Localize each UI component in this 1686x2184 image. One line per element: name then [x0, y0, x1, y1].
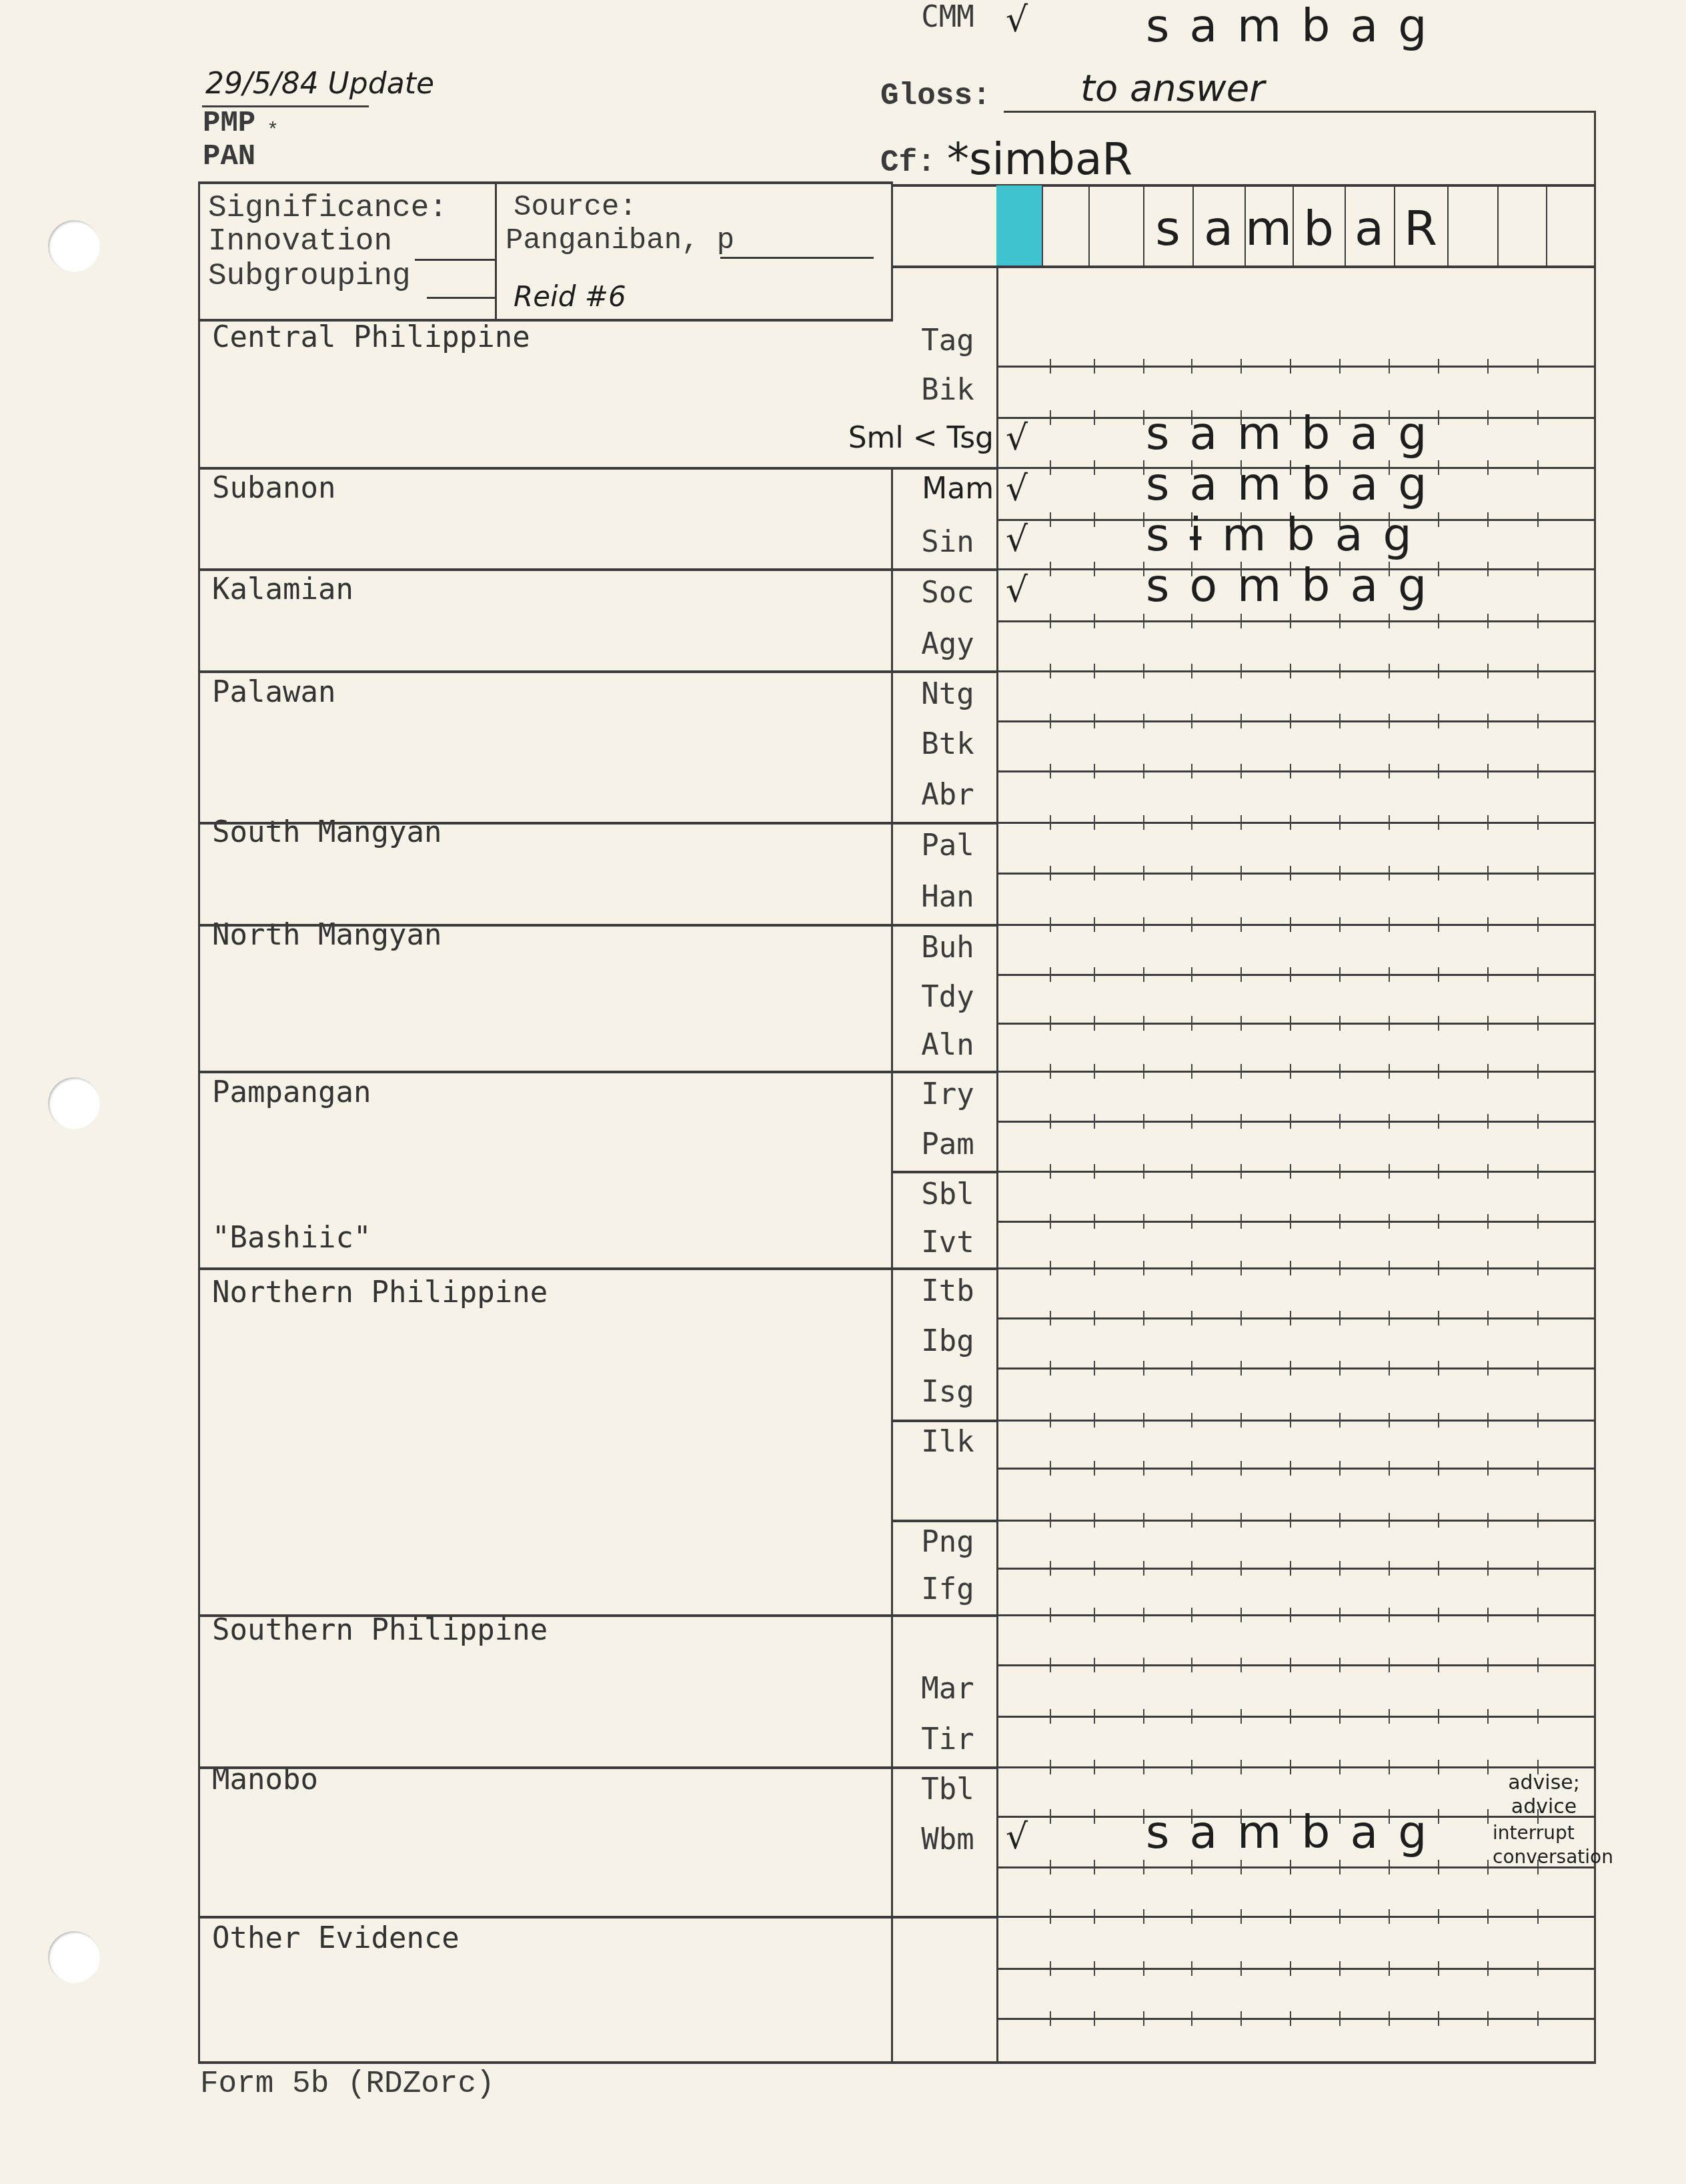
entry-tick [1290, 1961, 1291, 1976]
sep-other [198, 1916, 998, 1919]
entry-tick [1537, 1461, 1539, 1476]
language-code: Sin [891, 525, 1004, 559]
entry-tick [1537, 1064, 1539, 1079]
language-code: Wbm [891, 1822, 1004, 1856]
entry-tick [1143, 1164, 1144, 1179]
recon-cell-divider [1594, 185, 1595, 265]
entry-tick [1094, 1064, 1095, 1079]
entry-line [996, 1171, 1594, 1173]
entry-tick [1487, 967, 1489, 982]
entry-tick [1191, 1561, 1192, 1576]
recon-cell[interactable]: R [1394, 200, 1447, 256]
entry-tick [1389, 917, 1390, 932]
entry-tick [1537, 1214, 1539, 1229]
entry-tick [1094, 1809, 1095, 1824]
entry-tick [1143, 1709, 1144, 1724]
entry-tick [1050, 1809, 1051, 1824]
entry-tick [1290, 1016, 1291, 1031]
entry-tick [1537, 917, 1539, 932]
entry-tick [1487, 1461, 1489, 1476]
entry-tick [1143, 512, 1144, 527]
entry-tick [1438, 1311, 1439, 1325]
entry-line [996, 670, 1594, 672]
innovation-label: Innovation [208, 224, 392, 259]
entry-tick [1339, 917, 1341, 932]
entry-tick [1438, 1608, 1439, 1622]
check-mark-icon[interactable]: √ [1006, 418, 1028, 458]
entry-tick [1487, 1261, 1489, 1275]
cf-value[interactable]: *simbaR [947, 133, 1132, 185]
entry-tick [1191, 1016, 1192, 1031]
entry-tick [1094, 1361, 1095, 1376]
entry-tick [1094, 1760, 1095, 1774]
frame-bottom [198, 2061, 1596, 2064]
level-pan: PAN [203, 140, 255, 173]
entry-tick [1537, 1961, 1539, 1976]
entry-tick [1240, 1311, 1242, 1325]
entry-line [996, 1121, 1594, 1123]
cognate-form[interactable]: sambag [1146, 408, 1447, 460]
check-mark-icon[interactable]: √ [1006, 0, 1028, 40]
entry-tick [1438, 1016, 1439, 1031]
sep-subanon [198, 467, 998, 470]
sig-box-divider [495, 181, 497, 322]
entry-tick [1339, 714, 1341, 728]
entry-tick [1240, 917, 1242, 932]
recon-cell[interactable]: m [1244, 200, 1293, 256]
entry-tick [1191, 1114, 1192, 1129]
entry-tick [1290, 1261, 1291, 1275]
entry-tick [1487, 815, 1489, 830]
gloss-underline [1004, 111, 1594, 113]
cognate-form[interactable]: sambag [1146, 458, 1447, 511]
entry-tick [1487, 1658, 1489, 1672]
entry-tick [1240, 1261, 1242, 1275]
entry-tick [1143, 1561, 1144, 1576]
sep-manobo [198, 1766, 998, 1769]
sep-northern [198, 1267, 998, 1270]
entry-tick [1537, 1608, 1539, 1622]
level-pmp: PMP [203, 107, 255, 140]
entry-tick [1094, 664, 1095, 678]
entry-tick [1487, 1909, 1489, 1924]
entry-tick [1143, 460, 1144, 475]
entry-tick [1050, 1860, 1051, 1874]
entry-tick [1290, 614, 1291, 628]
entry-tick [1050, 1608, 1051, 1622]
entry-tick [1487, 2011, 1489, 2026]
entry-tick [1438, 1760, 1439, 1774]
entry-tick [1094, 562, 1095, 576]
entry-tick [1094, 410, 1095, 425]
entry-tick [1339, 1016, 1341, 1031]
entry-tick [1240, 1461, 1242, 1476]
check-mark-icon[interactable]: √ [1006, 1817, 1028, 1857]
entry-tick [1290, 764, 1291, 778]
language-code: Ntg [891, 677, 1004, 711]
cognate-form[interactable]: sɨmbag [1146, 509, 1432, 562]
entry-tick [1143, 1513, 1144, 1528]
recon-cell-divider [1042, 185, 1043, 265]
entry-tick [1094, 512, 1095, 527]
language-code: Ifg [891, 1572, 1004, 1606]
entry-tick [1389, 1608, 1390, 1622]
recon-cell[interactable]: b [1293, 200, 1345, 256]
entry-tick [1487, 1016, 1489, 1031]
entry-tick [1050, 1760, 1051, 1774]
entry-tick [1389, 815, 1390, 830]
entry-tick [1094, 866, 1095, 881]
entry-tick [1143, 967, 1144, 982]
punch-hole-bottom [48, 1931, 100, 1983]
entry-tick [1339, 1608, 1341, 1622]
entry-tick [1339, 1064, 1341, 1079]
entry-tick [1339, 1413, 1341, 1428]
entry-tick [1389, 1164, 1390, 1179]
group-other-evidence: Other Evidence [212, 1921, 460, 1955]
entry-tick [1143, 1860, 1144, 1874]
entry-tick [1290, 1909, 1291, 1924]
subgrouping-blank[interactable] [427, 297, 495, 299]
entry-tick [1389, 1064, 1390, 1079]
entry-tick [1537, 815, 1539, 830]
entry-tick [1143, 1760, 1144, 1774]
entry-tick [1487, 512, 1489, 527]
entry-tick [1094, 1261, 1095, 1275]
entry-tick [1191, 1658, 1192, 1672]
entry-tick [1094, 1164, 1095, 1179]
code-col-top-left [891, 184, 893, 267]
entry-line [996, 1317, 1594, 1319]
level-asterisk: * [267, 120, 279, 143]
entry-tick [1240, 1860, 1242, 1874]
entry-tick [1050, 460, 1051, 475]
entry-tick [1290, 967, 1291, 982]
entry-tick [1339, 1513, 1341, 1528]
entry-tick [1537, 1114, 1539, 1129]
entry-tick [1537, 866, 1539, 881]
entry-tick [1290, 2011, 1291, 2026]
entry-line [996, 1568, 1594, 1570]
entry-tick [1240, 1909, 1242, 1924]
entry-tick [1438, 1909, 1439, 1924]
entry-tick [1487, 1561, 1489, 1576]
entry-tick [1094, 967, 1095, 982]
entry-tick [1094, 1016, 1095, 1031]
entry-tick [1094, 1860, 1095, 1874]
language-code: Tbl [891, 1772, 1004, 1806]
entry-tick [1143, 1961, 1144, 1976]
sep-png [891, 1520, 998, 1522]
entry-tick [1240, 1016, 1242, 1031]
entry-tick [1487, 866, 1489, 881]
cognate-form[interactable]: sambag [1146, 0, 1447, 53]
gloss-label: Gloss: [880, 79, 991, 113]
entry-tick [1537, 664, 1539, 678]
entry-tick [1487, 1860, 1489, 1874]
entry-tick [1438, 1709, 1439, 1724]
group-northern-philippine: Northern Philippine [212, 1275, 548, 1309]
entry-tick [1191, 1513, 1192, 1528]
entry-tick [1487, 1064, 1489, 1079]
entry-tick [1438, 512, 1439, 527]
entry-tick [1438, 1361, 1439, 1376]
entry-tick [1339, 1658, 1341, 1672]
entry-tick [1487, 1214, 1489, 1229]
entry-tick [1050, 866, 1051, 881]
entry-tick [1438, 359, 1439, 374]
entry-line [996, 1520, 1594, 1522]
entry-tick [1191, 1261, 1192, 1275]
entry-tick [1290, 1164, 1291, 1179]
entry-tick [1438, 1658, 1439, 1672]
entry-tick [1143, 815, 1144, 830]
entry-tick [1094, 1513, 1095, 1528]
entry-tick [1191, 1214, 1192, 1229]
entry-tick [1339, 1214, 1341, 1229]
entry-tick [1389, 1760, 1390, 1774]
entry-tick [1050, 614, 1051, 628]
entry-tick [1537, 1658, 1539, 1672]
entry-tick [1290, 1114, 1291, 1129]
gloss-note-wbm: advise; advice [1501, 1771, 1587, 1819]
sep-ilk [891, 1420, 998, 1422]
entry-tick [1050, 1114, 1051, 1129]
entry-tick [1339, 614, 1341, 628]
entry-tick [1438, 764, 1439, 778]
entry-tick [1050, 1064, 1051, 1079]
entry-tick [1487, 1361, 1489, 1376]
entry-tick [1094, 614, 1095, 628]
language-code: Bik [891, 373, 1004, 407]
entry-tick [1290, 1608, 1291, 1622]
entry-tick [1537, 1016, 1539, 1031]
frame-left [198, 181, 200, 2063]
entry-tick [1240, 1760, 1242, 1774]
entry-tick [1094, 1561, 1095, 1576]
sig-box-top [198, 181, 893, 184]
entry-line [996, 1221, 1594, 1223]
date-note: 29/5/84 Update [205, 67, 434, 101]
entry-line [996, 770, 1594, 772]
language-code: Han [891, 880, 1004, 914]
entry-tick [1094, 1413, 1095, 1428]
entry-tick [1438, 1860, 1439, 1874]
entry-tick [1389, 1561, 1390, 1576]
entry-tick [1339, 1361, 1341, 1376]
entry-tick [1487, 1311, 1489, 1325]
entry-tick [1537, 512, 1539, 527]
language-code: Mar [891, 1672, 1004, 1706]
entry-tick [1143, 664, 1144, 678]
entry-tick [1050, 1164, 1051, 1179]
entry-tick [1537, 764, 1539, 778]
entry-tick [1487, 1760, 1489, 1774]
entry-tick [1438, 967, 1439, 982]
entry-tick [1240, 1608, 1242, 1622]
entry-tick [1143, 562, 1144, 576]
language-code: Png [891, 1525, 1004, 1559]
language-code: Tir [891, 1722, 1004, 1756]
form-label: Form 5b (RDZorc) [200, 2067, 495, 2101]
entry-tick [1537, 359, 1539, 374]
entry-tick [1143, 410, 1144, 425]
entry-tick [1290, 664, 1291, 678]
entry-tick [1389, 714, 1390, 728]
language-code: Btk [891, 727, 1004, 761]
entry-tick [1143, 614, 1144, 628]
source-label: Source: [514, 191, 637, 224]
entry-tick [1050, 967, 1051, 982]
entry-tick [1240, 1064, 1242, 1079]
entry-tick [1537, 1709, 1539, 1724]
entry-line [996, 1968, 1594, 1970]
entry-line [996, 1916, 1594, 1918]
source-page-blank[interactable] [720, 257, 874, 259]
entry-tick [1050, 512, 1051, 527]
entry-tick [1487, 1961, 1489, 1976]
entry-tick [1438, 1064, 1439, 1079]
entry-tick [1537, 1413, 1539, 1428]
entry-tick [1389, 1513, 1390, 1528]
entry-tick [1537, 614, 1539, 628]
entry-tick [1487, 1164, 1489, 1179]
entry-tick [1050, 562, 1051, 576]
entry-tick [1389, 1961, 1390, 1976]
entry-tick [1191, 764, 1192, 778]
entry-tick [1290, 815, 1291, 830]
entry-tick [1537, 967, 1539, 982]
entry-tick [1487, 614, 1489, 628]
entry-tick [1240, 1709, 1242, 1724]
entry-tick [1240, 967, 1242, 982]
entry-line [996, 1071, 1594, 1073]
entry-line [996, 822, 1594, 824]
entry-tick [1191, 714, 1192, 728]
entry-tick [1143, 1261, 1144, 1275]
entry-tick [1240, 815, 1242, 830]
entry-tick [1438, 866, 1439, 881]
language-code: Sml < Tsg [848, 421, 994, 455]
punch-hole-top [48, 220, 100, 272]
entry-tick [1191, 866, 1192, 881]
entry-tick [1143, 359, 1144, 374]
entry-tick [1050, 1016, 1051, 1031]
source-note: Reid #6 [514, 280, 626, 313]
gloss-value[interactable]: to answer [1080, 67, 1264, 110]
entry-tick [1389, 1214, 1390, 1229]
entry-tick [1438, 815, 1439, 830]
recon-cell[interactable]: a [1345, 200, 1394, 256]
sep-southern [198, 1614, 998, 1617]
entry-tick [1537, 410, 1539, 425]
entry-tick [1389, 1311, 1390, 1325]
entry-tick [1487, 410, 1489, 425]
entry-tick [1290, 1760, 1291, 1774]
entry-tick [1240, 714, 1242, 728]
entry-tick [1339, 2011, 1341, 2026]
entry-tick [1290, 1658, 1291, 1672]
entry-tick [1143, 1311, 1144, 1325]
entry-line [996, 1368, 1594, 1370]
entry-tick [1487, 1513, 1489, 1528]
source-value[interactable]: Panganiban, p [506, 224, 734, 257]
check-mark-icon[interactable]: √ [1006, 469, 1028, 509]
entry-tick [1487, 917, 1489, 932]
entry-tick [1537, 562, 1539, 576]
entry-tick [1050, 1361, 1051, 1376]
entry-line [996, 1468, 1594, 1470]
entry-tick [1240, 1413, 1242, 1428]
entry-tick [1240, 614, 1242, 628]
language-code: Ilk [891, 1425, 1004, 1459]
entry-tick [1438, 1261, 1439, 1275]
punch-hole-middle [48, 1077, 100, 1129]
recon-cell-divider [1497, 185, 1499, 265]
group-kalamian: Kalamian [212, 572, 353, 606]
recon-cell[interactable]: a [1192, 200, 1244, 256]
recon-cell[interactable]: s [1143, 200, 1192, 256]
entry-tick [1191, 1860, 1192, 1874]
entry-tick [1094, 460, 1095, 475]
entry-line [996, 366, 1594, 368]
entry-tick [1339, 1709, 1341, 1724]
entry-tick [1290, 1064, 1291, 1079]
entry-tick [1240, 1658, 1242, 1672]
entry-tick [1050, 1909, 1051, 1924]
sep-north-mangyan [198, 924, 998, 927]
entry-line [996, 924, 1594, 926]
language-code: Pam [891, 1127, 1004, 1161]
entry-tick [1191, 359, 1192, 374]
entry-tick [1389, 359, 1390, 374]
language-code: CMM [891, 0, 1004, 34]
entry-line [996, 720, 1594, 722]
sep-palawan [198, 670, 998, 673]
entry-tick [1290, 1361, 1291, 1376]
entry-tick [1094, 1608, 1095, 1622]
entry-line [996, 1766, 1594, 1768]
entry-tick [1191, 1361, 1192, 1376]
entry-tick [1143, 1658, 1144, 1672]
entry-tick [1537, 2011, 1539, 2026]
check-mark-icon[interactable]: √ [1006, 570, 1028, 610]
entry-tick [1050, 1961, 1051, 1976]
entry-tick [1290, 1311, 1291, 1325]
entry-tick [1094, 714, 1095, 728]
group-subanon: Subanon [212, 471, 335, 505]
innovation-blank[interactable] [415, 259, 495, 261]
entry-tick [1143, 2011, 1144, 2026]
entry-tick [1191, 917, 1192, 932]
entry-tick [1050, 917, 1051, 932]
entry-tick [1438, 1214, 1439, 1229]
cognate-form[interactable]: sambag [1146, 1806, 1447, 1859]
entry-tick [1339, 1461, 1341, 1476]
group-north-mangyan: North Mangyan [212, 918, 442, 952]
group-bashiic: "Bashiic" [212, 1221, 371, 1255]
cognate-form[interactable]: sombag [1146, 560, 1447, 612]
group-south-mangyan: South Mangyan [212, 815, 442, 849]
entry-tick [1240, 1214, 1242, 1229]
entry-line [996, 1664, 1594, 1666]
entry-line [996, 620, 1594, 622]
language-code: Buh [891, 931, 1004, 965]
entry-tick [1191, 1413, 1192, 1428]
entry-tick [1487, 714, 1489, 728]
entry-tick [1143, 1909, 1144, 1924]
check-mark-icon[interactable]: √ [1006, 520, 1028, 560]
